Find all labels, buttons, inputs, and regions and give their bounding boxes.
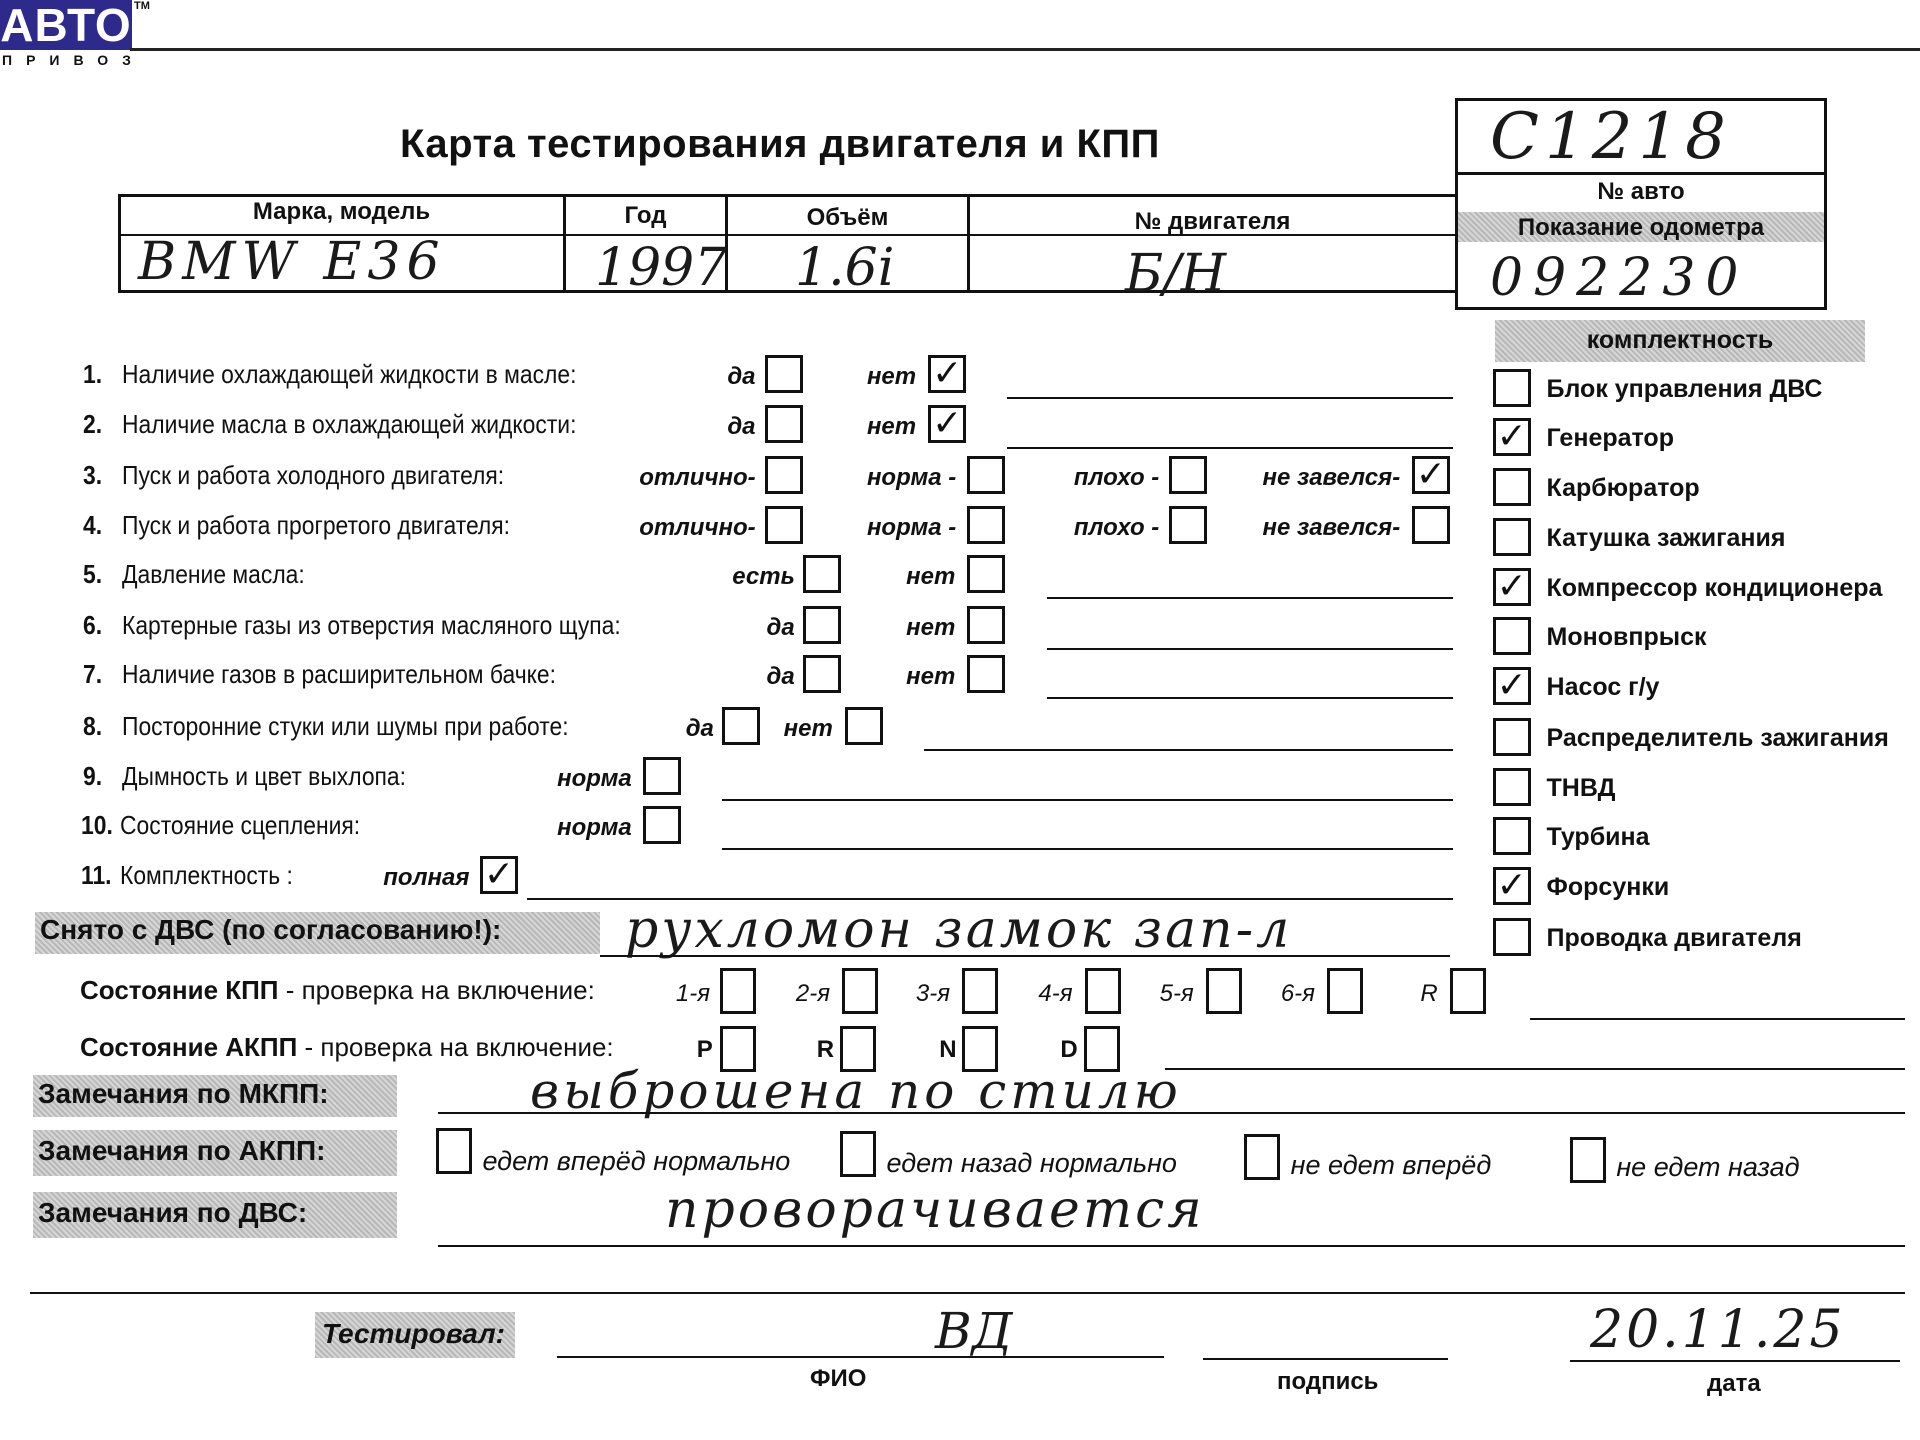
option-label: есть	[732, 563, 795, 591]
kit-checkbox[interactable]	[1493, 768, 1531, 806]
option-label: полная	[383, 864, 469, 892]
odometer-label: Показание одометра	[1455, 214, 1827, 242]
option-checkbox[interactable]	[643, 757, 681, 795]
tester-name-value[interactable]: ВД	[935, 1302, 1012, 1360]
option-checkbox[interactable]	[1412, 506, 1450, 544]
option-checkbox[interactable]: ✓	[928, 405, 966, 443]
option-checkbox[interactable]: ✓	[480, 856, 518, 894]
kit-item-label: Проводка двигателя	[1547, 924, 1802, 953]
question-label: Наличие охлаждающей жидкости в масле:	[122, 359, 576, 390]
kit-item-label: ТНВД	[1547, 774, 1616, 803]
vehicle-table-top	[118, 194, 1458, 197]
question-label: Наличие масла в охлаждающей жидкости:	[122, 409, 576, 440]
kit-item-label: Форсунки	[1547, 873, 1670, 902]
akpp-option-label: не едет вперёд	[1291, 1150, 1492, 1181]
question-label: Давление масла:	[122, 559, 305, 590]
manual-gearbox-label-rest: - проверка на включение:	[279, 975, 595, 1005]
removed-underline	[600, 955, 1450, 957]
akpp-option-label: едет вперёд нормально	[482, 1146, 790, 1177]
comment-line[interactable]	[722, 799, 1453, 801]
option-label: да	[767, 614, 795, 642]
logo-subtitle: ПРИВОЗ	[2, 52, 145, 68]
car-box-bottom	[1455, 307, 1827, 310]
option-label: норма -	[867, 514, 956, 542]
remarks-engine-value[interactable]: проворачивается	[665, 1180, 1205, 1240]
col-engine-number: № двигателя	[970, 208, 1455, 236]
akpp-option-label: едет назад нормально	[887, 1148, 1177, 1179]
gear-checkbox[interactable]	[1327, 968, 1363, 1014]
kit-checkbox[interactable]	[1493, 918, 1531, 956]
kit-item-label: Моновпрыск	[1547, 623, 1707, 652]
date-value[interactable]: 20.11.25	[1590, 1300, 1846, 1360]
question-label: Состояние сцепления:	[120, 810, 360, 841]
page-title: Карта тестирования двигателя и КПП	[400, 122, 1160, 167]
kit-item-label: Блок управления ДВС	[1547, 375, 1823, 404]
option-label: нет	[867, 413, 916, 441]
auto-gearbox-line	[1165, 1068, 1905, 1070]
kit-checkbox[interactable]: ✓	[1493, 667, 1531, 705]
gear-checkbox[interactable]	[842, 968, 878, 1014]
question-number: 11.	[81, 860, 112, 891]
gear-label: 5-я	[1160, 980, 1194, 1008]
comment-line[interactable]	[924, 749, 1453, 751]
question-number: 5.	[83, 559, 102, 590]
gear-checkbox[interactable]	[962, 968, 998, 1014]
name-line	[557, 1356, 1164, 1358]
kit-checkbox[interactable]	[1493, 718, 1531, 756]
removed-label: Снято с ДВС (по согласованию!):	[40, 914, 501, 946]
question-number: 1.	[83, 359, 102, 390]
logo: АВТО	[0, 0, 132, 50]
option-label: плохо -	[1074, 464, 1159, 492]
kit-checkbox[interactable]	[1493, 468, 1531, 506]
remarks-engine-line	[438, 1245, 1905, 1247]
kit-item-label: Катушка зажигания	[1547, 524, 1786, 553]
removed-value[interactable]: рухломон замок зап-л	[625, 900, 1292, 960]
remarks-extra-line	[30, 1292, 1905, 1294]
remarks-engine-label: Замечания по ДВС:	[38, 1197, 307, 1229]
auto-gearbox-label-bold: Состояние АКПП	[80, 1032, 297, 1062]
kit-checkbox[interactable]	[1493, 617, 1531, 655]
question-number: 9.	[83, 761, 102, 792]
akpp-checkbox[interactable]	[1244, 1134, 1280, 1180]
question-number: 6.	[83, 610, 102, 641]
signature-caption: подпись	[1277, 1368, 1378, 1396]
tested-by-label: Тестировал:	[322, 1318, 505, 1350]
option-checkbox[interactable]	[643, 806, 681, 844]
comment-line[interactable]	[1007, 447, 1454, 449]
gear-label: D	[1060, 1036, 1077, 1064]
car-box-divider	[1455, 172, 1827, 175]
option-label: отлично-	[639, 514, 755, 542]
option-checkbox[interactable]	[803, 655, 841, 693]
kit-checkbox[interactable]	[1493, 518, 1531, 556]
question-number: 4.	[83, 510, 102, 541]
comment-line[interactable]	[1047, 648, 1454, 650]
akpp-checkbox[interactable]	[840, 1131, 876, 1177]
akpp-checkbox[interactable]	[436, 1128, 472, 1174]
year-value: 1997	[595, 238, 727, 298]
question-number: 3.	[83, 460, 102, 491]
manual-gearbox-line	[1530, 1018, 1905, 1020]
option-label: норма	[557, 765, 632, 793]
option-checkbox[interactable]	[1169, 506, 1207, 544]
option-label: да	[727, 363, 755, 391]
question-number: 7.	[83, 659, 102, 690]
question-number: 8.	[83, 711, 102, 742]
col-make-model: Марка, модель	[120, 198, 563, 226]
option-label: да	[767, 663, 795, 691]
comment-line[interactable]	[722, 848, 1453, 850]
kit-checkbox[interactable]	[1493, 817, 1531, 855]
option-label: не завелся-	[1262, 514, 1400, 542]
option-checkbox[interactable]	[967, 555, 1005, 593]
option-label: отлично-	[639, 464, 755, 492]
gear-checkbox[interactable]	[720, 968, 756, 1014]
kit-item-label: Распределитель зажигания	[1547, 724, 1889, 753]
option-label: норма	[557, 814, 632, 842]
top-divider	[130, 48, 1920, 51]
gear-label: 3-я	[916, 980, 950, 1008]
odometer-value: 092230	[1490, 248, 1749, 308]
option-checkbox[interactable]: ✓	[1412, 456, 1450, 494]
kit-item-label: Компрессор кондиционера	[1547, 574, 1883, 603]
option-checkbox[interactable]	[1169, 456, 1207, 494]
option-label: нет	[906, 614, 955, 642]
comment-line[interactable]	[1047, 697, 1454, 699]
manual-gearbox-label-bold: Состояние КПП	[80, 975, 279, 1005]
comment-line[interactable]	[1007, 397, 1454, 399]
manual-gearbox-label: Состояние КПП - проверка на включение:	[80, 975, 595, 1006]
option-label: нет	[784, 715, 833, 743]
car-number-label: № авто	[1455, 178, 1827, 206]
gear-checkbox[interactable]	[1085, 968, 1121, 1014]
volume-value: 1.6i	[795, 238, 894, 298]
remarks-mkpp-line	[438, 1112, 1905, 1114]
date-line	[1570, 1360, 1900, 1362]
question-label: Наличие газов в расширительном бачке:	[122, 659, 556, 690]
auto-gearbox-label: Состояние АКПП - проверка на включение:	[80, 1032, 614, 1063]
option-checkbox[interactable]	[722, 707, 760, 745]
option-checkbox[interactable]	[803, 606, 841, 644]
gear-label: N	[939, 1036, 956, 1064]
option-label: норма -	[867, 464, 956, 492]
gear-label: 1-я	[676, 980, 710, 1008]
question-label: Пуск и работа прогретого двигателя:	[122, 510, 510, 541]
gear-label: 6-я	[1281, 980, 1315, 1008]
option-checkbox[interactable]	[765, 506, 803, 544]
engine-number-value: Б/Н	[1125, 244, 1226, 304]
kit-checkbox[interactable]: ✓	[1493, 867, 1531, 905]
question-label: Комплектность :	[120, 860, 293, 891]
option-label: нет	[906, 663, 955, 691]
option-checkbox[interactable]	[967, 655, 1005, 693]
kit-checkbox[interactable]: ✓	[1493, 418, 1531, 456]
signature-line[interactable]	[1203, 1358, 1448, 1360]
completeness-title: комплектность	[1495, 326, 1865, 355]
gear-checkbox[interactable]	[1450, 968, 1486, 1014]
auto-gearbox-label-rest: - проверка на включение:	[297, 1032, 613, 1062]
option-checkbox[interactable]	[803, 555, 841, 593]
gear-label: 4-я	[1038, 980, 1072, 1008]
gear-checkbox[interactable]	[1206, 968, 1242, 1014]
question-label: Картерные газы из отверстия масляного щу…	[122, 610, 621, 641]
col-year: Год	[566, 202, 725, 230]
question-label: Посторонние стуки или шумы при работе:	[122, 711, 569, 742]
gear-label: R	[817, 1036, 834, 1064]
name-caption: ФИО	[810, 1365, 866, 1393]
kit-item-label: Карбюратор	[1547, 474, 1700, 503]
kit-checkbox[interactable]: ✓	[1493, 568, 1531, 606]
question-label: Пуск и работа холодного двигателя:	[122, 460, 504, 491]
question-number: 10.	[81, 810, 113, 841]
kit-checkbox[interactable]	[1493, 369, 1531, 407]
make-model-value: BMW E36	[138, 232, 446, 292]
option-label: плохо -	[1074, 514, 1159, 542]
option-checkbox[interactable]: ✓	[928, 355, 966, 393]
gear-label: P	[697, 1036, 713, 1064]
comment-line[interactable]	[1047, 597, 1454, 599]
option-checkbox[interactable]	[765, 405, 803, 443]
remarks-akpp-label: Замечания по АКПП:	[38, 1135, 325, 1167]
option-checkbox[interactable]	[967, 456, 1005, 494]
akpp-option-label: не едет назад	[1616, 1152, 1799, 1183]
col-volume: Объём	[728, 204, 967, 232]
question-label: Дымность и цвет выхлопа:	[122, 761, 406, 792]
kit-item-label: Насос г/у	[1547, 673, 1660, 702]
option-label: нет	[867, 363, 916, 391]
option-checkbox[interactable]	[967, 606, 1005, 644]
gear-label: R	[1420, 980, 1437, 1008]
gear-label: 2-я	[796, 980, 830, 1008]
question-number: 2.	[83, 409, 102, 440]
option-checkbox[interactable]	[765, 355, 803, 393]
akpp-checkbox[interactable]	[1570, 1137, 1606, 1183]
kit-item-label: Турбина	[1547, 823, 1650, 852]
option-label: да	[727, 413, 755, 441]
option-checkbox[interactable]	[845, 707, 883, 745]
logo-trademark: TM	[134, 0, 150, 12]
option-label: не завелся-	[1262, 464, 1400, 492]
kit-item-label: Генератор	[1547, 424, 1674, 453]
remarks-mkpp-label: Замечания по МКПП:	[38, 1078, 329, 1110]
option-label: да	[686, 715, 714, 743]
option-checkbox[interactable]	[967, 506, 1005, 544]
date-caption: дата	[1707, 1370, 1761, 1398]
option-label: нет	[906, 563, 955, 591]
option-checkbox[interactable]	[765, 456, 803, 494]
car-number-value: C1218	[1490, 100, 1732, 174]
